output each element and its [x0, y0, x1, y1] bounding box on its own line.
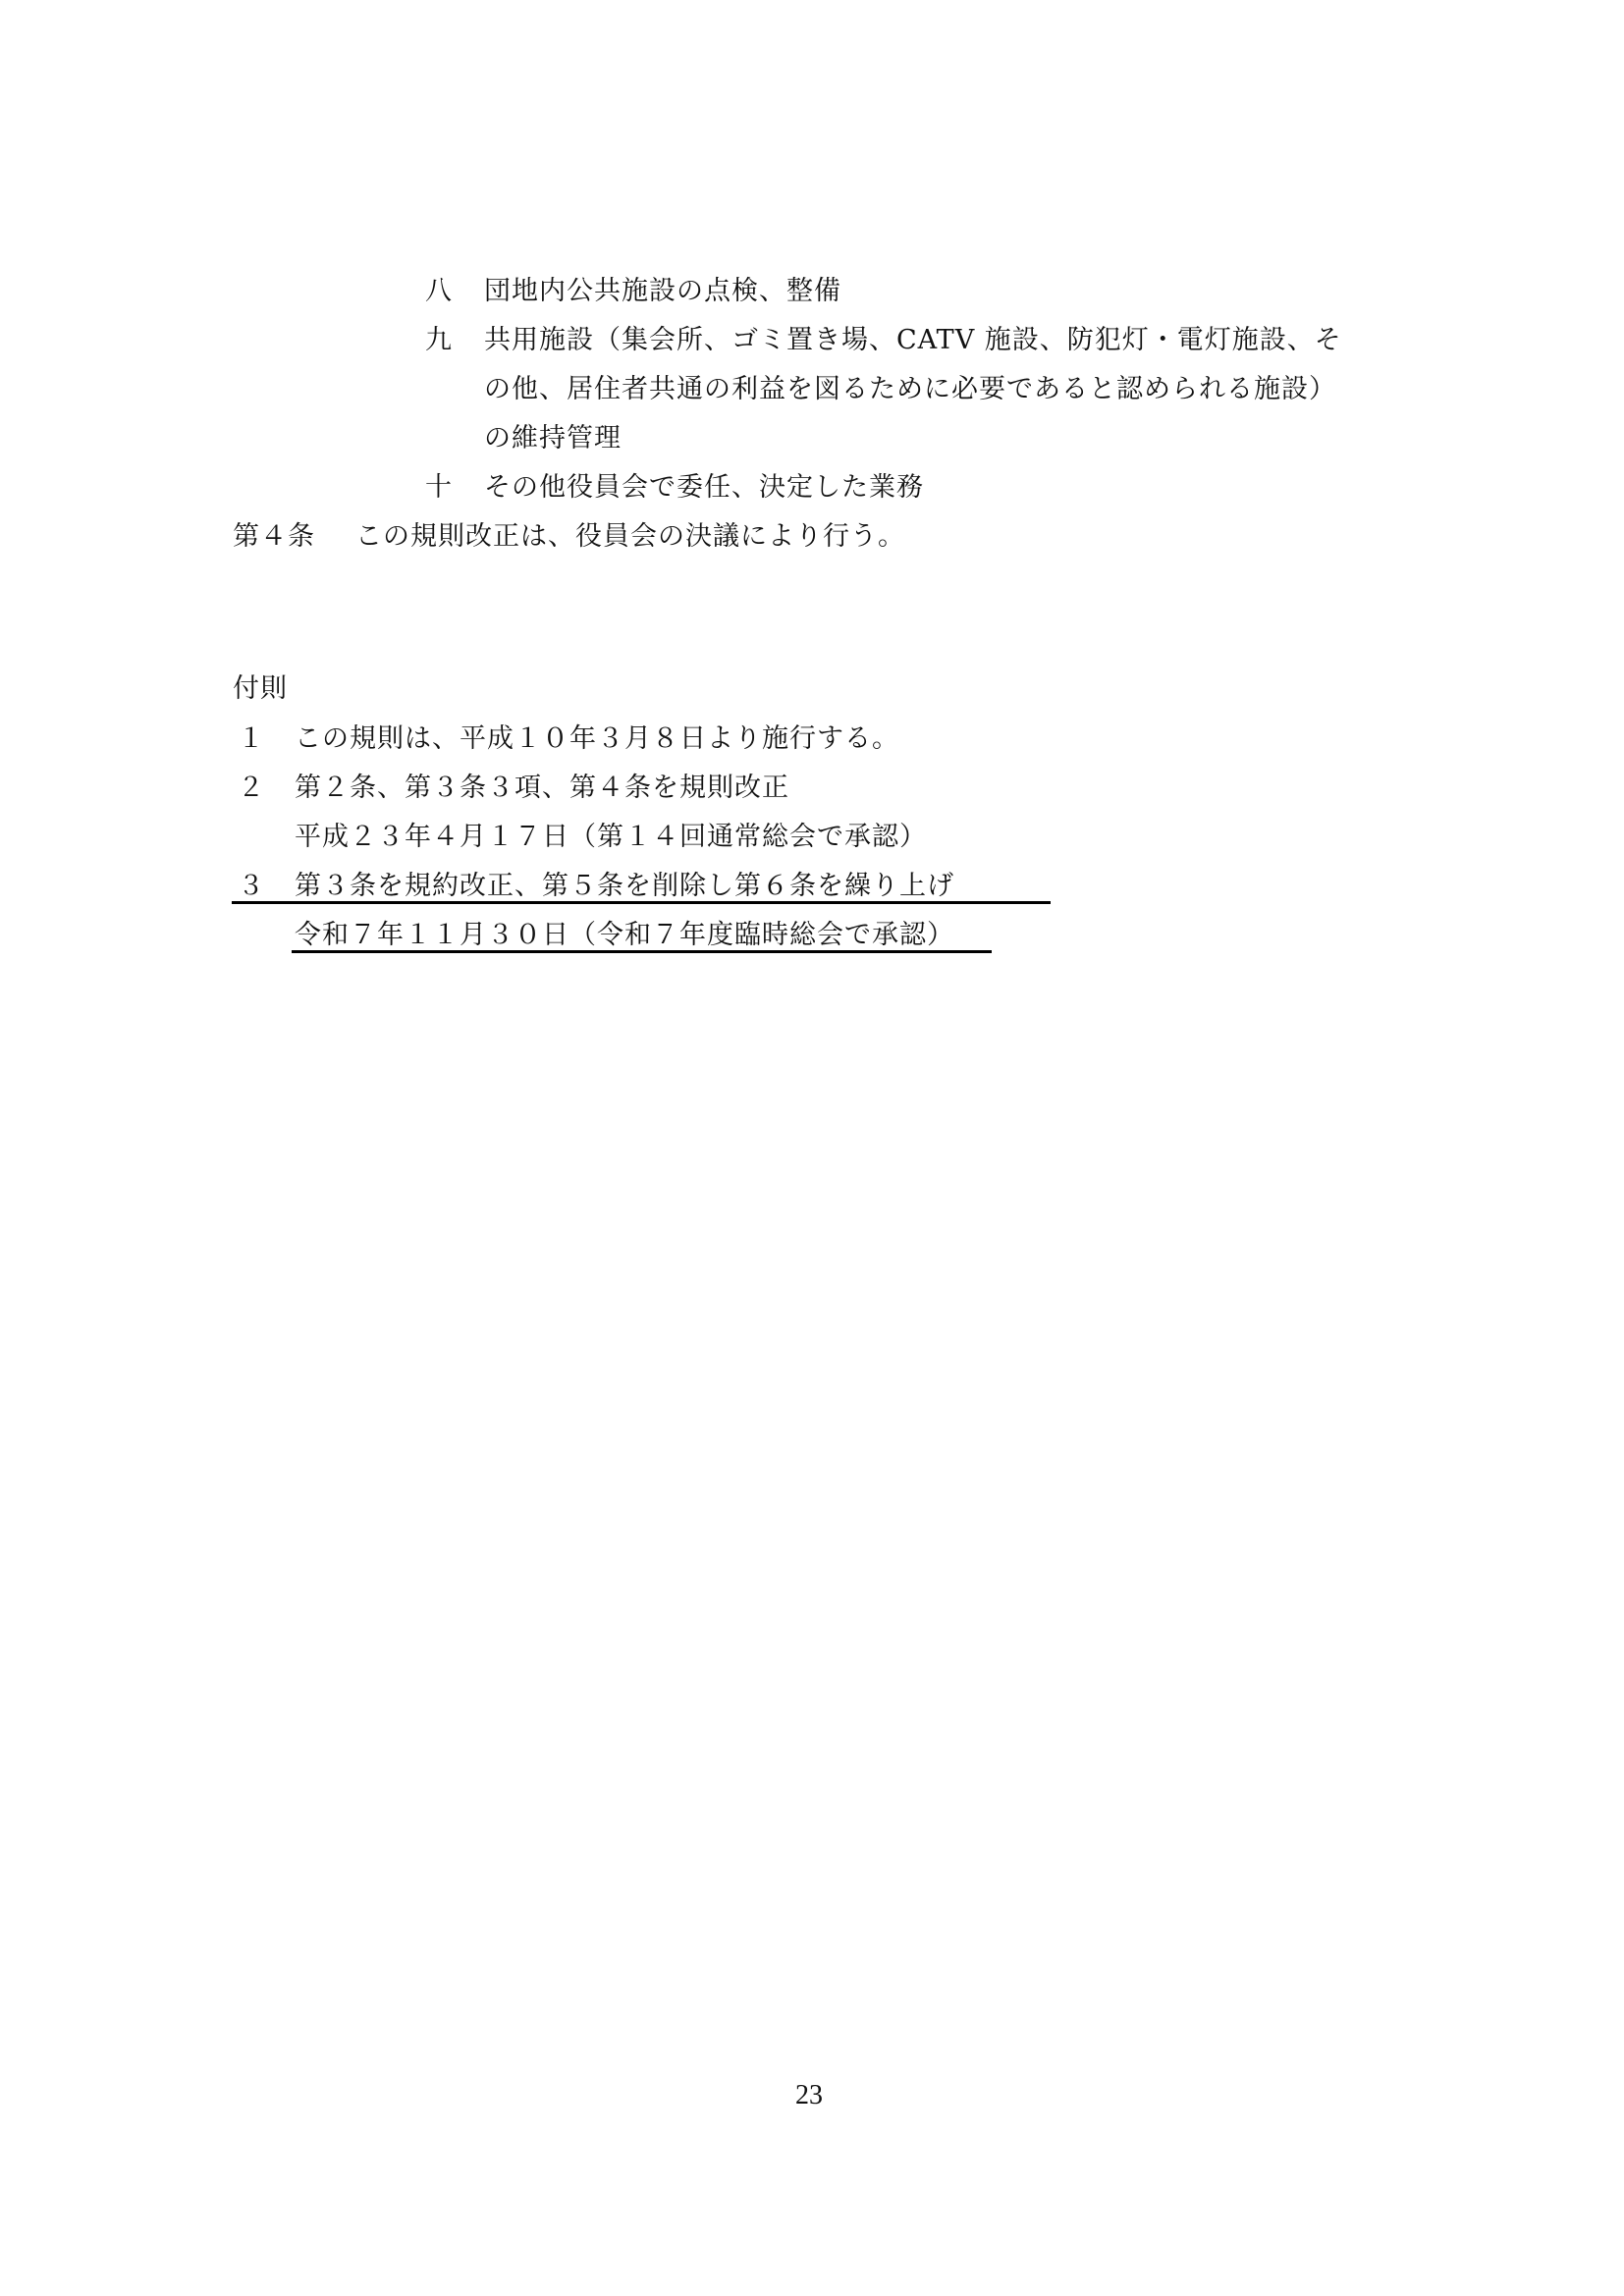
- supplementary-entry-1-text: この規則は、平成１０年３月８日より施行する。: [295, 722, 899, 756]
- item-9-text-line-1: 共用施設（集会所、ゴミ置き場、CATV 施設、防犯灯・電灯施設、そ: [484, 324, 1342, 357]
- item-numeral-9: 九: [425, 324, 452, 357]
- amendment-underline-2: [292, 950, 992, 953]
- item-numeral-10: 十: [425, 471, 452, 505]
- page-number: 23: [795, 2079, 823, 2112]
- document-page: 八 団地内公共施設の点検、整備 九 共用施設（集会所、ゴミ置き場、CATV 施設…: [0, 0, 1624, 2296]
- supplementary-entry-2-number: ２: [238, 772, 264, 805]
- article-4-text: この規則改正は、役員会の決議により行う。: [355, 520, 905, 554]
- item-8-text: 団地内公共施設の点検、整備: [484, 275, 841, 308]
- supplementary-entry-3-text-line-2: 令和７年１１月３０日（令和７年度臨時総会で承認）: [295, 919, 954, 952]
- supplementary-entry-1-number: １: [238, 722, 264, 756]
- supplementary-entry-2-text-line-2: 平成２３年４月１７日（第１４回通常総会で承認）: [295, 821, 927, 854]
- article-4-label: 第４条: [233, 520, 315, 554]
- item-numeral-8: 八: [425, 275, 452, 308]
- item-9-text-line-3: の維持管理: [484, 422, 622, 455]
- supplementary-entry-3-text-line-1: 第３条を規約改正、第５条を削除し第６条を繰り上げ: [295, 870, 954, 903]
- supplementary-entry-2-text-line-1: 第２条、第３条３項、第４条を規則改正: [295, 772, 789, 805]
- item-9-text-line-2: の他、居住者共通の利益を図るために必要であると認められる施設）: [484, 373, 1336, 406]
- supplementary-heading: 付則: [233, 672, 288, 706]
- amendment-underline-1: [232, 901, 1051, 904]
- item-10-text: その他役員会で委任、決定した業務: [484, 471, 924, 505]
- supplementary-entry-3-number: ３: [238, 870, 264, 903]
